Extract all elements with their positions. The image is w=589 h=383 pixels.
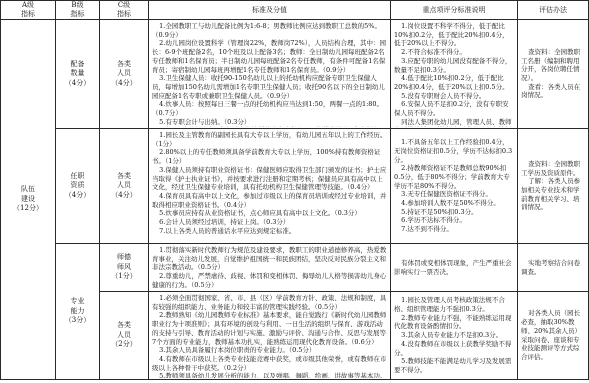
cell-content: 1.岗位设置不科学不得分，低于配比10%扣0.2分，低于配比20%扣0.4分，低… <box>391 21 517 127</box>
cell-c-indicator-ethics: 师德 师风 （1分） <box>100 244 149 292</box>
cell-method-3: 实地考察结合问卷调查。 <box>518 244 589 292</box>
cell-c-indicator-personnel-1: 各类 人员 （4分） <box>100 20 149 129</box>
paragraph: 5.教师须具备幼儿发展分析的能力，以及弹唱、舞蹈、绘画、讲故事等基本功。（0.2… <box>152 372 387 378</box>
row-teacher-ethics: 专业 能力 （3分） 师德 师风 （1分） 1.贯彻落实新时代教师行为规范及建设… <box>1 244 589 292</box>
cell-content: 实地考察结合问卷调查。 <box>518 245 588 290</box>
cell-content: 有体罚或变相体罚现象，产生严重社会影响实行一票否决。 <box>391 245 517 290</box>
cell-content: 查资料：全园教职工名册（编制和聘用分开，各岗位聘任情况）。查看：各类人员在岗情况… <box>518 21 588 127</box>
cell-standards-3: 1.贯彻落实新时代教师行为规范及建设要求，教职工的职业道德修养高，热爱教育事业，… <box>149 244 391 292</box>
row-staffing-quantity: 队伍 建设 （12分） 配备 数量 （4分） 各类 人员 （4分） 1.全园教职… <box>1 20 589 129</box>
cell-content: 1.必须全面贯彻国家、省、市、县（区）学前教育方针、政策、法规和制度，具有较强的… <box>149 293 390 378</box>
cell-a-indicator: 队伍 建设 （12分） <box>1 20 56 380</box>
cell-standards-1: 1.全园教职工与幼儿配备比例为1:6-8；男教师比例应达到教职工总数的5%。（0… <box>149 20 391 129</box>
paragraph: 了解：各类人员参加相关专业技术和学前教育相关学习、培训情况。 <box>521 177 585 212</box>
paragraph: 1.园长及管理人员考核政策法规不合格、组织管理能力不强扣0.3分。 <box>394 296 514 313</box>
paragraph: 4.保育员具有高中以上文化，参加过市级以上的保育员培训或经过专业培训，并取得相应… <box>152 192 387 209</box>
cell-c-indicator-personnel-3: 各类 人员 （2分） <box>100 292 149 380</box>
cell-content: 1.贯彻落实新时代教师行为规范及建设要求，教职工的职业道德修养高，热爱教育事业，… <box>149 245 390 290</box>
cell-content: 1.园长及主管教育的副园长具有大专以上学历，有幼儿园五年以上的工作经历。（1分）… <box>149 130 390 242</box>
cell-key-points-4: 1.园长及管理人员考核政策法规不合格、组织管理能力不强扣0.3分。2.教师专业能… <box>391 292 518 380</box>
paragraph: 查资料：全园教职工名册（编制和聘用分开，各岗位聘任情况）。 <box>521 48 585 83</box>
cell-method-1: 查资料：全园教职工名册（编制和聘用分开，各岗位聘任情况）。查看：各类人员在岗情况… <box>518 20 589 129</box>
header-method: 评估办法 <box>518 1 589 20</box>
paragraph: 查看：各类人员在岗情况。 <box>521 83 585 100</box>
paragraph: 2.持教师资格证不足教师总数90%扣0.5分，低于80%不得分；学前教育大专学历… <box>394 164 514 190</box>
paragraph: 1.不具备五年以上工作经验扣0.4分，无岗位资格证扣0.5分，学历不达标扣0.3… <box>394 138 514 164</box>
paragraph: 1.必须全面贯彻国家、省、市、县（区）学前教育方针、政策、法规和制度，具有较强的… <box>152 294 387 311</box>
paragraph: 3.卫生保健人员：收托90-150名幼儿以上的托幼机构应配备专职卫生保健人员，每… <box>152 74 387 100</box>
cell-b-indicator-qualification: 任职 资质 （4分） <box>56 129 100 244</box>
paragraph: 4.没有教师在市级以上获教学奖励不得分。 <box>394 340 514 357</box>
paragraph: 4.炊事人员：按照每日三餐一点的托幼机构应当达到1:50，两餐一点的1:80。（… <box>152 100 387 117</box>
paragraph: 同法人集团化幼儿园，管理人员、教师均不得兼任，需按规定要求配足配齐教师相关人员。 <box>394 118 514 127</box>
paragraph: 6.每6-9个班级配备2名经过专业培训的专职安保人员，规模大的配3名安保人员。（… <box>152 126 387 127</box>
paragraph: 4.参加培训人数不足50%不得分。 <box>394 199 514 208</box>
paragraph: 实地考察结合问卷调查。 <box>521 259 585 276</box>
cell-method-4: 对各类人员（园长必查，抽取30%教师、20%其余人员）采取问卷、座谈和专业技能测… <box>518 292 589 380</box>
cell-standards-4: 1.必须全面贯彻国家、省、市、县（区）学前教育方针、政策、法规和制度，具有较强的… <box>149 292 391 380</box>
cell-b-indicator-quantity: 配备 数量 （4分） <box>56 20 100 129</box>
cell-standards-2: 1.园长及主管教育的副园长具有大专以上学历，有幼儿园五年以上的工作经历。（1分）… <box>149 129 391 244</box>
paragraph: 对各类人员（园长必查，抽取30%教师、20%其余人员）采取问卷、座谈和专业技能测… <box>521 309 585 361</box>
cell-content: 1.不具备五年以上工作经验扣0.4分，无岗位资格证扣0.5分，学历不达标扣0.3… <box>391 130 517 242</box>
header-a-level: A级 指标 <box>1 1 56 20</box>
paragraph: 3.应配专职的幼儿园没有配备不得分，数量不足扣0.3分。 <box>394 57 514 74</box>
header-key-points: 重点项评分标准说明 <box>391 1 518 20</box>
paragraph: 3.无专任保健医资格证不得分。 <box>394 190 514 199</box>
cell-content: 1.全园教职工与幼儿配备比例为1:6-8；男教师比例应达到教职工总数的5%。（0… <box>149 21 390 127</box>
header-b-level: B级 指标 <box>56 1 100 20</box>
paragraph: 6.安保人员不足扣0.2分，没有专职安保人员不得分。 <box>394 100 514 117</box>
cell-key-points-3: 有体罚或变相体罚现象，产生严重社会影响实行一票否决。 <box>391 244 518 292</box>
cell-method-2: 查资料：全园教职工学历及资质原件。了解：各类人员参加相关专业技术和学前教育相关学… <box>518 129 589 244</box>
paragraph: 1.贯彻落实新时代教师行为规范及建设要求，教职工的职业道德修养高，热爱教育事业，… <box>152 246 387 272</box>
header-row: A级 指标 B级 指标 C级 指标 标准及分值 重点项评分标准说明 评估办法 <box>1 1 589 20</box>
paragraph: 6.会计人员须经过培训，持证上岗。（0.3分） <box>152 218 387 227</box>
paragraph: 2.教师熟知《幼儿园教师专业标准》基本要求，能自觉践行《新时代幼儿园教师职业行为… <box>152 311 387 346</box>
cell-c-indicator-personnel-2: 各类 人员 （4分） <box>100 129 149 244</box>
paragraph: 7.以上各类人员的普通话水平应达到规定标准。 <box>152 227 387 236</box>
cell-key-points-2: 1.不具备五年以上工作经验扣0.4分，无岗位资格证扣0.5分，学历不达标扣0.3… <box>391 129 518 244</box>
paragraph: 查资料：全园教职工学历及资质原件。 <box>521 160 585 177</box>
assessment-table: A级 指标 B级 指标 C级 指标 标准及分值 重点项评分标准说明 评估办法 队… <box>0 0 589 380</box>
paragraph: 3.其余人员专业能力不足扣0.3分。 <box>394 331 514 340</box>
paragraph: 3.其余人员具备履行本岗位职责的专业能力。（0.5分） <box>152 346 387 355</box>
paragraph: 1.园长及主管教育的副园长具有大专以上学历，有幼儿园五年以上的工作经历。（1分） <box>152 131 387 148</box>
paragraph: 4.低于配比10%扣0.2分，低于配比20%扣0.4分，低于20%以上扣0.5分… <box>394 74 514 91</box>
paragraph: 2.教师专业能力不强，不能熟练运用现代化教育设备酌情扣分。 <box>394 314 514 331</box>
cell-key-points-1: 1.岗位设置不科学不得分，低于配比10%扣0.2分，低于配比20%扣0.4分，低… <box>391 20 518 129</box>
cell-content: 对各类人员（园长必查，抽取30%教师、20%其余人员）采取问卷、座谈和专业技能测… <box>518 293 588 378</box>
paragraph: 1.岗位设置不科学不得分，低于配比10%扣0.2分，低于配比20%扣0.4分，低… <box>394 22 514 48</box>
paragraph: 5.炊事员应持有从业资格证书，点心师应具有高中以上文化。（0.3分） <box>152 209 387 218</box>
paragraph: 2.尊重幼儿，严禁虐待、歧视、体罚和变相体罚、侮辱幼儿人格等损害幼儿身心健康的行… <box>152 272 387 289</box>
cell-content: 查资料：全园教职工学历及资质原件。了解：各类人员参加相关专业技术和学前教育相关学… <box>518 130 588 242</box>
header-c-level: C级 指标 <box>100 1 149 20</box>
paragraph: 6.学历不达标不得分。 <box>394 216 514 225</box>
cell-b-indicator-ability: 专业 能力 （3分） <box>56 244 100 380</box>
paragraph: 7.达不到不得分。 <box>394 225 514 234</box>
paragraph: 5.教师技能不能满足幼儿学习及发展需要不得分。 <box>394 357 514 374</box>
paragraph: 3.保健人员须持有职业资格证书：保健医师应取得卫生部门颁发的证书；护士应当取得《… <box>152 166 387 192</box>
row-qualifications: 任职 资质 （4分） 各类 人员 （4分） 1.园长及主管教育的副园长具有大专以… <box>1 129 589 244</box>
paragraph: 4.有教师在市级以上各类专业技能竞赛中获奖，或市级其他荣誉，或有教师在市级以上各… <box>152 355 387 372</box>
paragraph: 1.全园教职工与幼儿配备比例为1:6-8；男教师比例应达到教职工总数的5%。（0… <box>152 22 387 39</box>
paragraph: 2.幼儿园岗位设置科学（管理岗22%，教师岗72%），人员结构合理，其中：园长：… <box>152 39 387 74</box>
paragraph: 2.80%以上的专任教师须具备学前教育大专以上学历，100%持有教师资格证书。（… <box>152 148 387 165</box>
paragraph: 2.不符合标准不得分。 <box>394 48 514 57</box>
paragraph: 有体罚或变相体罚现象，产生严重社会影响实行一票否决。 <box>394 259 514 276</box>
cell-content: 1.园长及管理人员考核政策法规不合格、组织管理能力不强扣0.3分。2.教师专业能… <box>391 293 517 378</box>
header-standards: 标准及分值 <box>149 1 391 20</box>
